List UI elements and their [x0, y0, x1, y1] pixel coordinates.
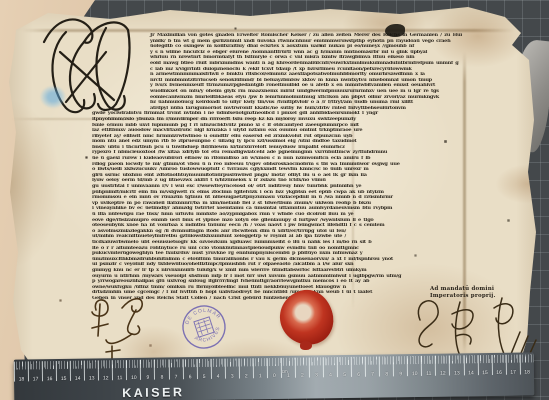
blue-pencil-mark: [36, 82, 70, 112]
ruler-number: 14: [463, 355, 477, 375]
ruler-number: 8: [379, 356, 393, 376]
ruler-numbers: 1817161514131211109876543210123456789101…: [14, 354, 534, 381]
ruler-number: 3: [309, 357, 323, 377]
wax-seal-drip: [300, 341, 312, 350]
kaiser-ruler: 1817161514131211109876543210123456789101…: [14, 352, 535, 400]
ruler-number: 7: [365, 357, 379, 377]
ruler-number: 17: [28, 361, 42, 381]
ruler-unit-label: cm: [282, 369, 288, 374]
photo-scene: Jr Maximilian von gotes gnaden Erwelter …: [0, 0, 549, 400]
ruler-number: 12: [435, 356, 449, 376]
ruler-number: 15: [477, 355, 491, 375]
ruler-number: 5: [196, 359, 210, 379]
ruler-number: 16: [42, 361, 56, 381]
ruler-brand-label: KAISER: [122, 385, 184, 400]
ruler-number: 10: [126, 360, 140, 380]
ruler-number: 2: [238, 358, 252, 378]
ruler-number: 12: [98, 360, 112, 380]
ruler-number: 0: [267, 358, 281, 378]
ink-blot: [385, 24, 405, 37]
ruler-number: 10: [407, 356, 421, 376]
ruler-number: 14: [70, 361, 84, 381]
ruler-number: 4: [210, 359, 224, 379]
ruler-number: 2: [295, 358, 309, 378]
ruler-number: 6: [182, 359, 196, 379]
ruler-number: 8: [154, 359, 168, 379]
ruler-number: 15: [56, 361, 70, 381]
ruler-number: 9: [393, 356, 407, 376]
ruler-number: 9: [140, 360, 154, 380]
ruler-number: 4: [323, 357, 337, 377]
ruler-number: 18: [14, 361, 28, 381]
ruler-number: 13: [449, 355, 463, 375]
ink-specks: [0, 0, 1, 1]
ruler-number: 11: [112, 360, 126, 380]
ruler-number: 5: [337, 357, 351, 377]
ruler-number: 7: [168, 359, 182, 379]
print-text-block: Jr Maximilian von gotes gnaden Erwelter …: [92, 33, 462, 302]
ruler-number: 16: [491, 355, 505, 375]
ruler-number: 1: [253, 358, 267, 378]
notary-monogram-flourish: [78, 288, 173, 363]
ruler-number: 13: [84, 360, 98, 380]
ruler-number: 18: [519, 354, 533, 374]
ruler-number: 17: [505, 355, 519, 375]
ruler-number: 3: [224, 358, 238, 378]
ruler-number: 6: [351, 357, 365, 377]
ruler-number: 11: [421, 356, 435, 376]
